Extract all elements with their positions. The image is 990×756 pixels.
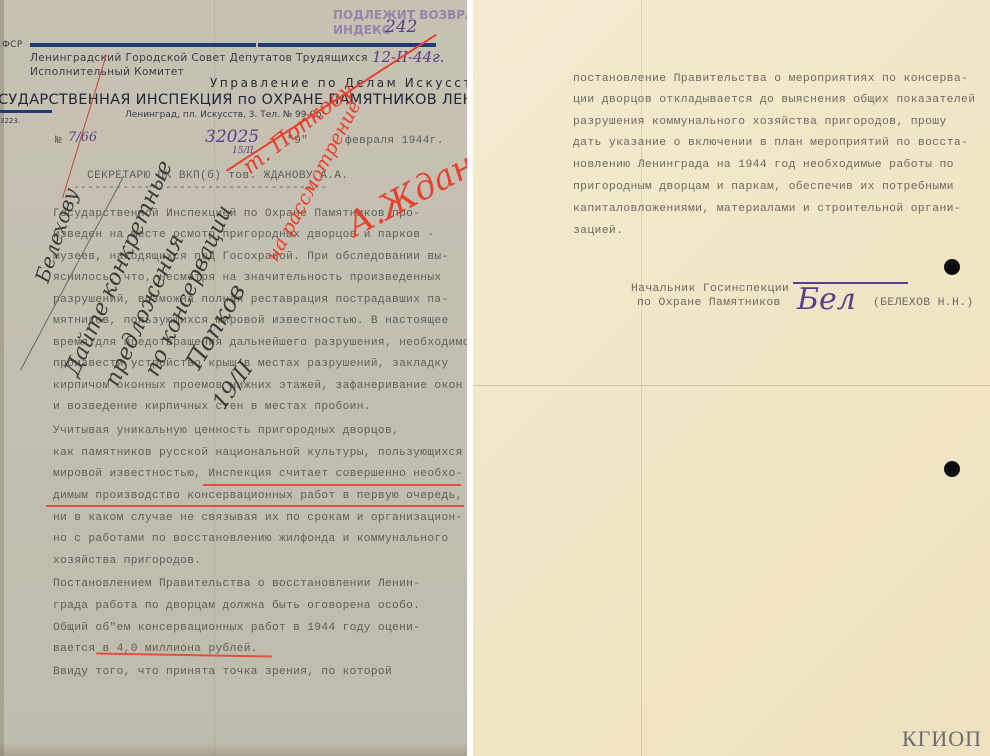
addressee-underline: ------------------------------------ — [73, 182, 327, 194]
fold-line — [473, 385, 990, 386]
left-page-scan: ПОДЛЕЖИТ ВОЗВРАТУ ИНДЕКС 242 12-II-44г. … — [0, 0, 467, 756]
body-line: Постановлением Правительства о восстанов… — [53, 578, 420, 590]
outgoing-number-prefix: № — [55, 135, 62, 147]
body-line: но с работами по восстановлению жилфонда… — [53, 533, 449, 545]
body-line: мятников, пользующихся мировой известнос… — [53, 315, 449, 327]
body-line: града работа по дворцам должна быть огов… — [53, 600, 420, 612]
body-line: хозяйства пригородов. — [53, 555, 201, 567]
red-underline — [46, 505, 464, 507]
body-line: зацией. — [573, 225, 623, 237]
letterhead-org-line1: Ленинградский Городской Совет Депутатов … — [30, 52, 368, 64]
body-line: мировой известностью, Инспекция считает … — [53, 468, 463, 480]
letterhead-bar-right — [258, 43, 436, 47]
letterhead-bar-bottom — [0, 110, 52, 113]
hole-punch — [944, 461, 960, 477]
body-line: димым производство консервационных работ… — [53, 490, 463, 502]
fold-line — [641, 0, 642, 756]
letter-date: февраля 1944г. — [345, 135, 444, 147]
body-line: ции дворцов откладывается до выяснения о… — [573, 94, 975, 106]
letterhead-org-line2: Исполнительный Комитет — [30, 66, 184, 78]
letterhead-edge-fragment: ФСР — [2, 40, 23, 50]
kgiop-watermark: КГИОП — [902, 726, 982, 752]
body-line: капиталовложениями, материалами и строит… — [573, 203, 961, 215]
stamp-index-value: 242 — [385, 17, 417, 37]
body-line: ни в каком случае не связывая их по срок… — [53, 512, 463, 524]
registration-number: 32025 — [205, 127, 259, 147]
red-underline — [203, 484, 461, 486]
body-line: разрушения коммунального хозяйства приго… — [573, 116, 947, 128]
letterhead-title: СУДАРСТВЕННАЯ ИНСПЕКЦИЯ по ОХРАНЕ ПАМЯТН… — [0, 92, 467, 108]
hole-punch — [944, 259, 960, 275]
signature-title-line2: по Охране Памятников — [637, 297, 781, 309]
body-line: пригородным дворцам и паркам, обеспечив … — [573, 181, 954, 193]
body-line: новлению Ленинграда на 1944 год необходи… — [573, 159, 954, 171]
body-line: как памятников русской национальной куль… — [53, 447, 463, 459]
body-line: Общий об"ем консервационных работ в 1944… — [53, 622, 420, 634]
signature-belekhov: Бел — [797, 282, 856, 317]
letterhead-bar-left — [30, 43, 256, 47]
return-stamp-line2: ИНДЕКС — [333, 23, 391, 37]
body-line: Учитывая уникальную ценность пригородных… — [53, 425, 399, 437]
signature-title-line1: Начальник Госинспекции — [631, 283, 789, 295]
signatory-name: (БЕЛЕХОВ Н.Н.) — [873, 297, 974, 309]
body-line: дать указание о включении в план меропри… — [573, 137, 968, 149]
right-page-scan: постановление Правительства о мероприяти… — [473, 0, 990, 756]
body-line: Ввиду того, что принята точка зрения, по… — [53, 666, 392, 678]
page-edge — [0, 0, 4, 756]
letterhead-code-fragment: 3223. — [0, 117, 20, 125]
body-line: постановление Правительства о мероприяти… — [573, 73, 968, 85]
